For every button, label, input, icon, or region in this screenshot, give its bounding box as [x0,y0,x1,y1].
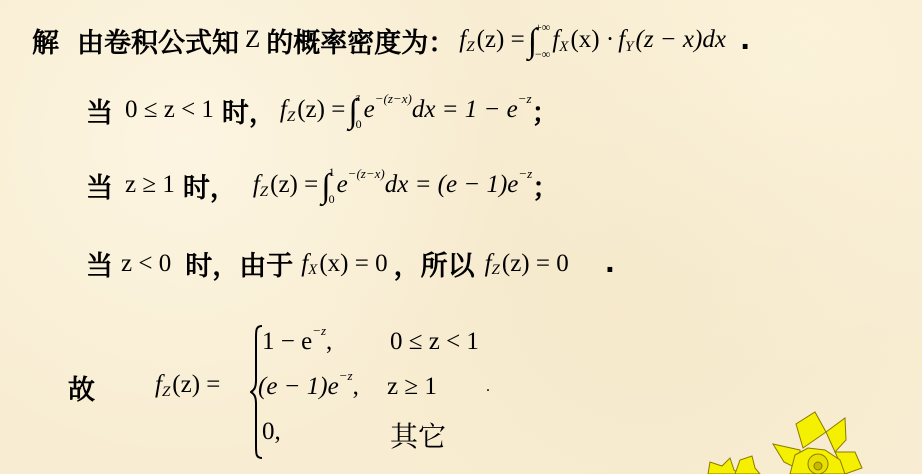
conclusion-lhs: f Z (z) = [155,371,220,399]
when-suffix: 时， [222,91,276,130]
case-formula-2: f Z (z) = ∫ 10 e −(z−x) dx = (e − 1)e −z [253,165,532,205]
condition: z < 0 [121,250,171,278]
condition: 0 ≤ z < 1 [125,96,214,124]
piecewise-case-1: 1 − e −z , [262,328,332,356]
intro-text-2: 的概率密度为： [266,21,455,60]
when-suffix: 时，由于 [185,244,293,283]
semicolon: ； [532,166,559,205]
case-line-2: 当 z ≥ 1 时， f Z (z) = ∫ 10 e −(z−x) dx = … [86,165,559,205]
case-line-1: 当 0 ≤ z < 1 时， f Z (z) = ∫ z0 e −(z−x) d… [86,90,559,130]
solution-line-1: 解 由卷积公式知 Z 的概率密度为： f Z (z) = ∫ +∞−∞ f X … [32,20,750,60]
intro-text: 由卷积公式知 [77,21,239,60]
conclusion-label-line: 故 [68,368,95,407]
piecewise-cond-3: 其它 [390,415,446,455]
when-label: 当 [86,244,113,283]
when-suffix: 时， [183,166,237,205]
semicolon: ； [532,91,559,130]
convolution-formula: f Z (z) = ∫ +∞−∞ f X (x) · f Y (z − x)dx [459,20,726,60]
period: . [605,248,615,279]
daffodil-flower-icon [0,0,922,474]
variable-z: Z [245,26,260,54]
conclusion-period: . [486,378,490,396]
piecewise-cond-2: z ≥ 1 [387,373,437,401]
therefore-label: 故 [68,368,95,407]
case-line-3: 当 z < 0 时，由于 f X (x) = 0 ，所以 f Z (z) = 0… [86,244,615,283]
when-label: 当 [86,91,113,130]
when-label: 当 [86,166,113,205]
period: . [740,25,750,56]
piecewise-cond-1: 0 ≤ z < 1 [390,328,479,356]
piecewise-case-3: 0, [262,418,281,446]
condition: z ≥ 1 [125,171,175,199]
so-text: ，所以 [394,244,475,283]
case-formula-1: f Z (z) = ∫ z0 e −(z−x) dx = 1 − e −z [280,90,532,130]
solution-label: 解 [32,21,59,60]
piecewise-case-2: (e − 1)e −z , [258,373,359,401]
